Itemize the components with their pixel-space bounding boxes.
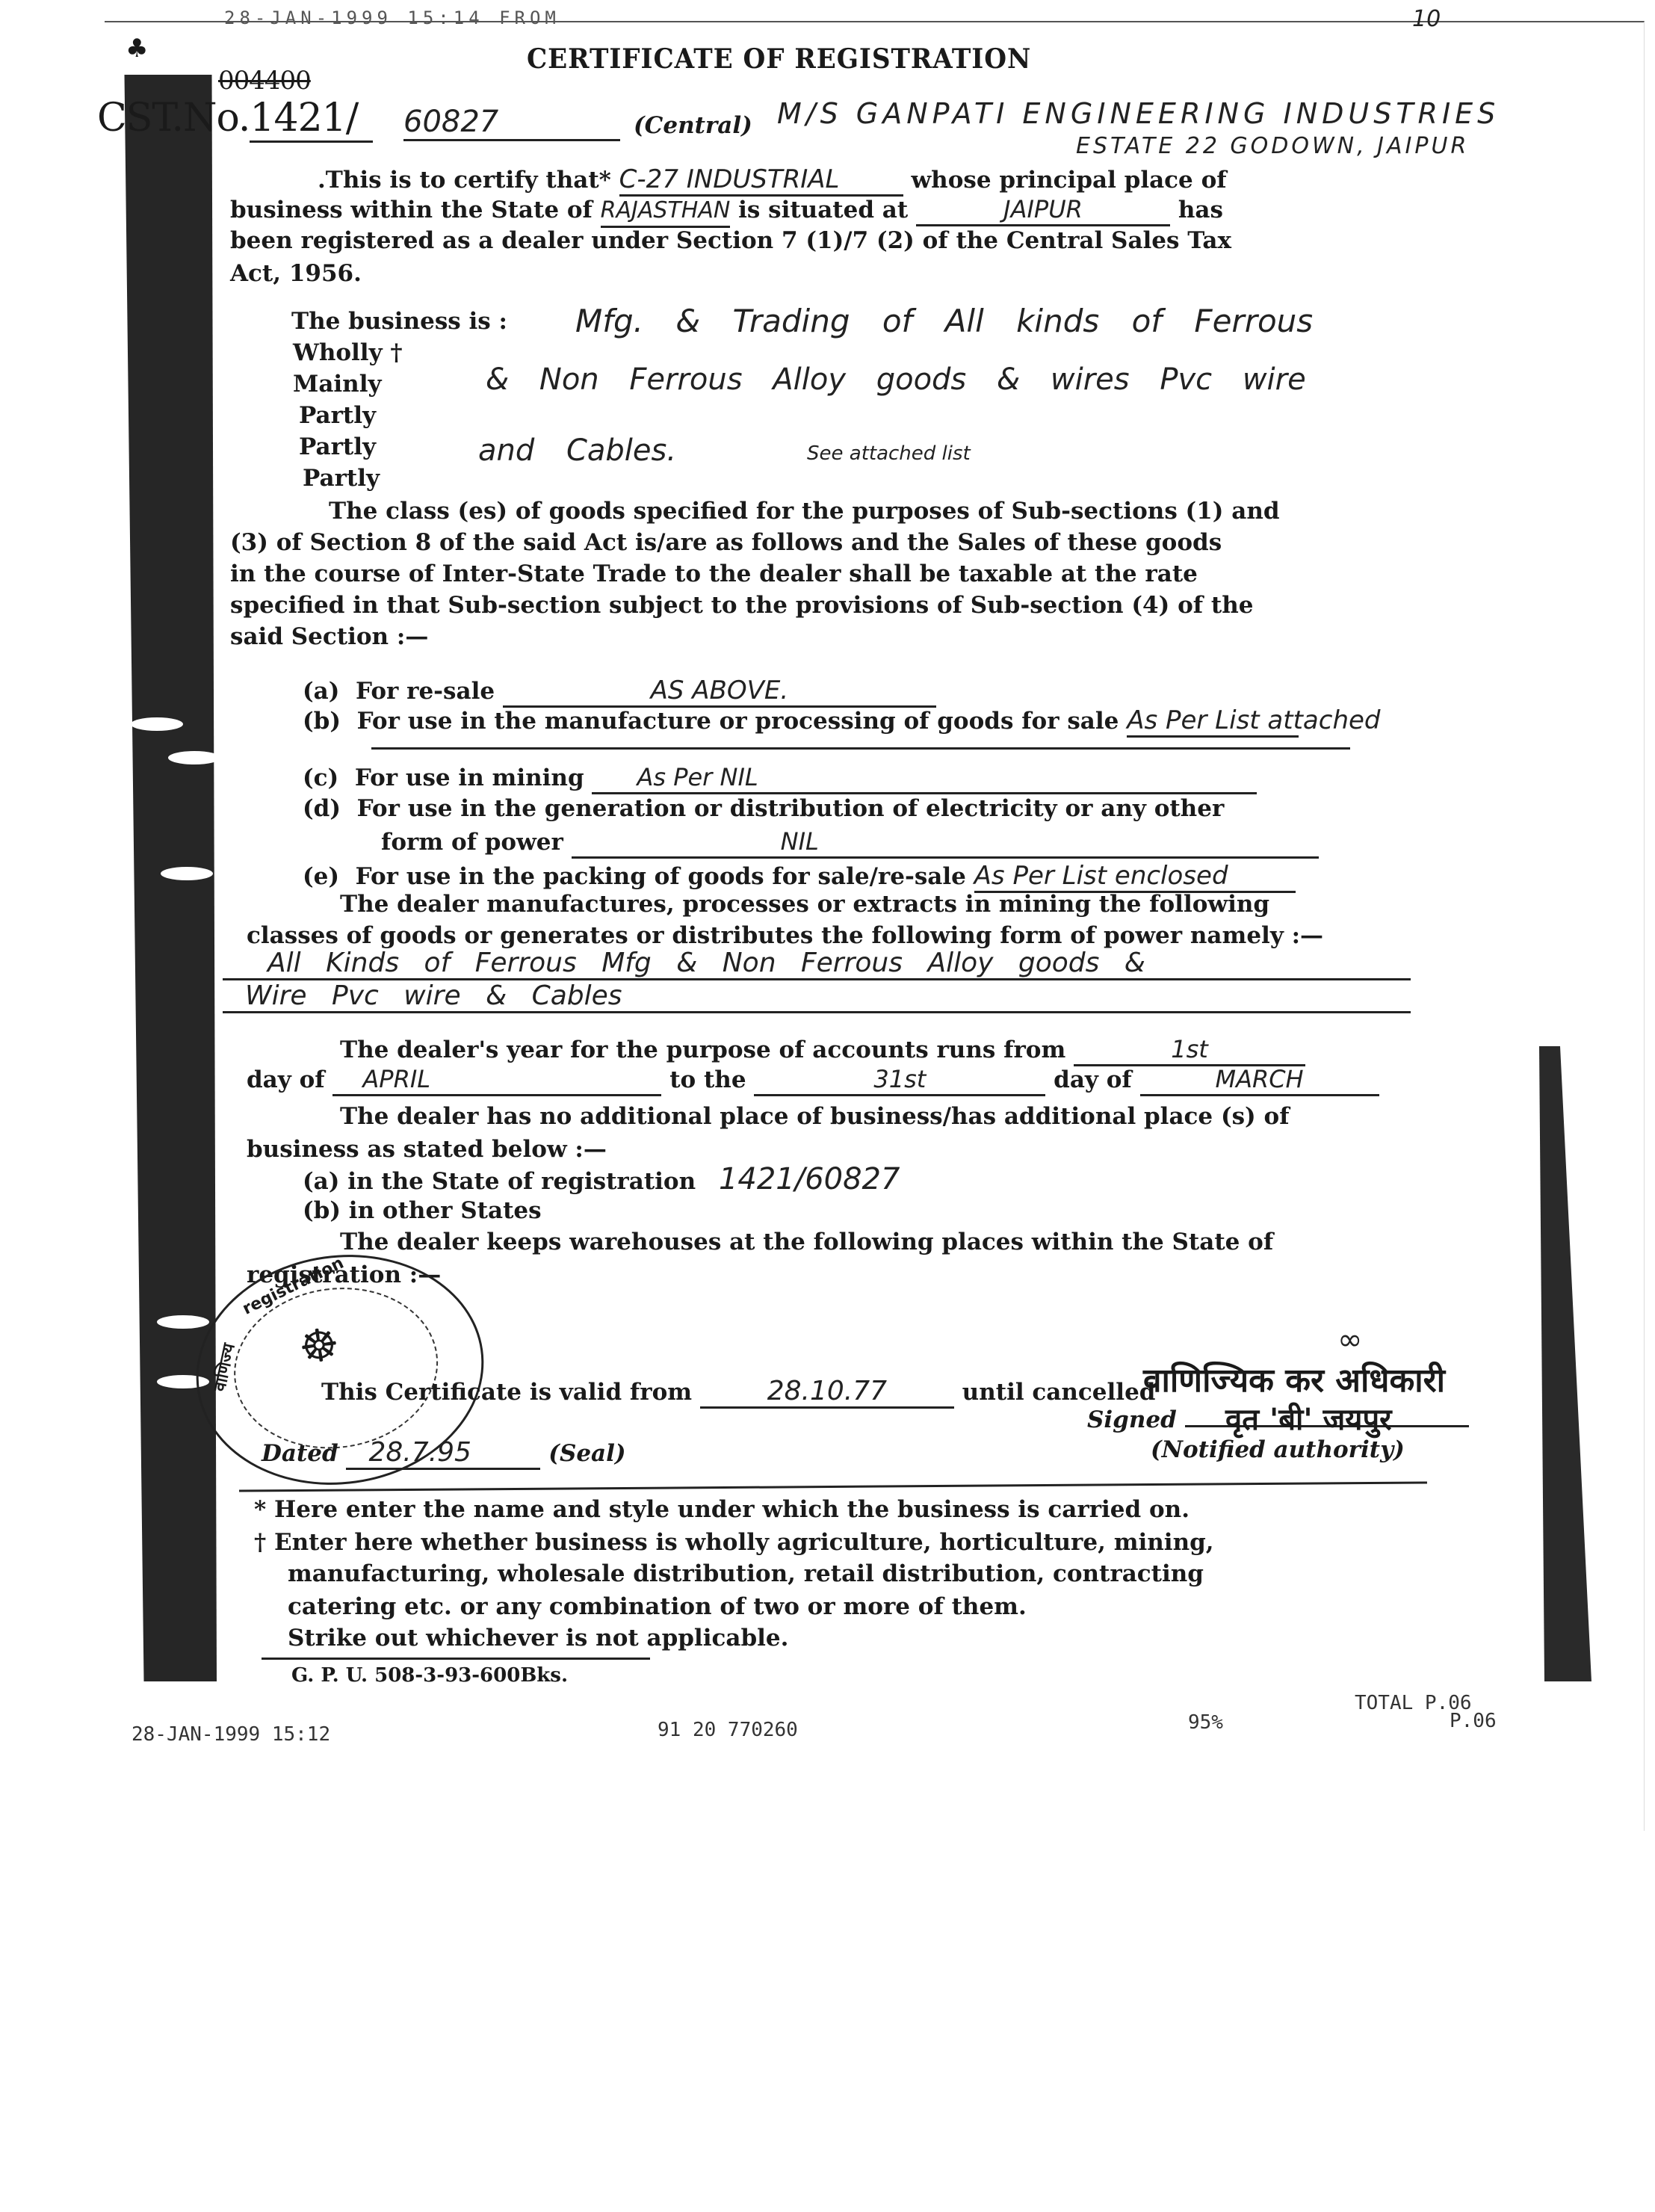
use-d-value: NIL	[572, 827, 1319, 859]
warehouse-line-1: The dealer keeps warehouses at the follo…	[340, 1227, 1273, 1257]
note-2: † Enter here whether business is wholly …	[254, 1527, 1214, 1557]
punch-hole	[157, 1315, 209, 1329]
punch-hole	[168, 751, 220, 764]
accounts-line-1: The dealer's year for the purpose of acc…	[340, 1034, 1305, 1066]
intro-line-4: Act, 1956.	[230, 259, 362, 288]
additional-line-1: The dealer has no additional place of bu…	[340, 1102, 1290, 1131]
accounts-from-day: 1st	[1074, 1034, 1305, 1066]
cst-number-line: CST.No.1421/ 004400	[97, 96, 373, 143]
business-label: The business is :	[291, 306, 507, 336]
dealer-address-hand-2: ESTATE 22 GODOWN, JAIPUR	[1076, 133, 1469, 159]
note-3: manufacturing, wholesale distribution, r…	[288, 1559, 1204, 1589]
dealer-address-hand: C-27 INDUSTRIAL	[619, 164, 903, 197]
page-mark: 10	[1412, 6, 1441, 32]
business-option-mainly: Mainly	[293, 369, 382, 399]
classes-para-4: specified in that Sub-section subject to…	[230, 590, 1253, 620]
punch-hole	[161, 867, 213, 880]
cst-label: CST.No.	[97, 96, 250, 140]
use-e: (e) For use in the packing of goods for …	[303, 861, 1296, 893]
manufactures-hand-2: Wire Pvc wire & Cables	[223, 980, 1411, 1013]
manufactures-para-1: The dealer manufactures, processes or ex…	[340, 889, 1269, 919]
use-d: (d) For use in the generation or distrib…	[303, 794, 1224, 824]
use-a: (a) For re-sale AS ABOVE.	[303, 676, 936, 708]
ashoka-emblem-icon: ☸	[296, 1317, 343, 1375]
city-hand: JAIPUR	[916, 194, 1170, 226]
manufactures-hand-1: All Kinds of Ferrous Mfg & Non Ferrous A…	[223, 948, 1411, 980]
use-b: (b) For use in the manufacture or proces…	[303, 705, 1299, 738]
business-hand-note: See attached list	[807, 442, 971, 465]
business-option-partly-1: Partly	[299, 401, 376, 430]
cst-number: 1421/	[250, 96, 358, 140]
intro-line-1: .This is to certify that* C-27 INDUSTRIA…	[318, 164, 1227, 197]
fax-header-faint: 28-JAN-1999 15:14 FROM	[224, 7, 560, 28]
additional-a-value: 1421/60827	[719, 1162, 900, 1196]
cst-number-struck: 004400	[218, 66, 311, 96]
business-hand-3: and Cables.	[478, 433, 676, 468]
hindi-stamp-city: वृत 'बी' जयपुर	[1225, 1397, 1392, 1439]
use-e-value: As Per List enclosed	[974, 861, 1296, 893]
business-option-wholly: Wholly †	[293, 338, 403, 368]
dealer-name-hand: M/S GANPATI ENGINEERING INDUSTRIES	[777, 97, 1500, 130]
validity-from-date: 28.10.77	[700, 1377, 954, 1409]
note-5: Strike out whichever is not applicable.	[288, 1623, 788, 1653]
state-hand: RAJASTHAN	[601, 196, 731, 228]
additional-b: (b) in other States	[303, 1196, 542, 1226]
use-b-value: As Per List attached	[1127, 705, 1299, 738]
additional-a: (a) in the State of registration 1421/60…	[303, 1164, 900, 1196]
additional-line-2: business as stated below :—	[247, 1134, 607, 1164]
fax-footer-datetime: 28-JAN-1999 15:12	[132, 1723, 330, 1746]
accounts-line-2: day of APRIL to the 31st day of MARCH	[247, 1064, 1379, 1096]
classes-para-5: said Section :—	[230, 622, 428, 652]
hindi-stamp-officer: वाणिज्यिक कर अधिकारी	[1143, 1356, 1445, 1401]
dated-line: Dated 28.7.95 (Seal)	[262, 1438, 626, 1470]
note-4: catering etc. or any combination of two …	[288, 1592, 1027, 1622]
punch-hole	[131, 717, 183, 731]
use-b-continuation-line	[371, 747, 1350, 750]
classes-para-1: The class (es) of goods specified for th…	[329, 496, 1280, 526]
dated-value: 28.7.95	[346, 1438, 540, 1470]
fax-footer-number: 91 20 770260	[658, 1719, 798, 1741]
manufactures-para-2: classes of goods or generates or distrib…	[247, 921, 1323, 951]
accounts-from-month: APRIL	[332, 1064, 661, 1096]
accounts-to-month: MARCH	[1140, 1064, 1379, 1096]
fax-footer-page: P.06	[1450, 1710, 1497, 1732]
notified-authority: (Notified authority)	[1151, 1435, 1405, 1465]
printer-mark: G. P. U. 508-3-93-600Bks.	[291, 1660, 568, 1690]
business-hand-1: Mfg. & Trading of All kinds of Ferrous	[575, 303, 1313, 339]
business-option-partly-2: Partly	[299, 432, 376, 462]
fax-footer-quality: 95%	[1188, 1711, 1223, 1734]
corner-mark: ♣	[126, 34, 148, 64]
use-a-value: AS ABOVE.	[503, 676, 936, 708]
classes-para-2: (3) of Section 8 of the said Act is/are …	[230, 528, 1222, 557]
central-label: (Central)	[634, 111, 752, 140]
document-title: CERTIFICATE OF REGISTRATION	[527, 43, 1031, 75]
accounts-to-day: 31st	[754, 1064, 1045, 1096]
signature-mark: ∞	[1337, 1323, 1362, 1357]
printer-divider	[262, 1658, 650, 1660]
business-hand-2: & Non Ferrous Alloy goods & wires Pvc wi…	[486, 362, 1306, 397]
cst-number-hand: 60827	[403, 105, 620, 141]
use-c: (c) For use in mining As Per NIL	[303, 762, 1257, 794]
validity-line: This Certificate is valid from 28.10.77 …	[321, 1377, 1155, 1409]
business-option-partly-3: Partly	[303, 463, 380, 493]
classes-para-3: in the course of Inter-State Trade to th…	[230, 559, 1198, 589]
intro-line-2: business within the State of RAJASTHAN i…	[230, 194, 1223, 228]
note-1: * Here enter the name and style under wh…	[254, 1495, 1190, 1524]
use-c-value: As Per NIL	[592, 762, 1257, 794]
use-d-line2: form of power NIL	[381, 827, 1319, 859]
intro-line-3: been registered as a dealer under Sectio…	[230, 226, 1231, 256]
